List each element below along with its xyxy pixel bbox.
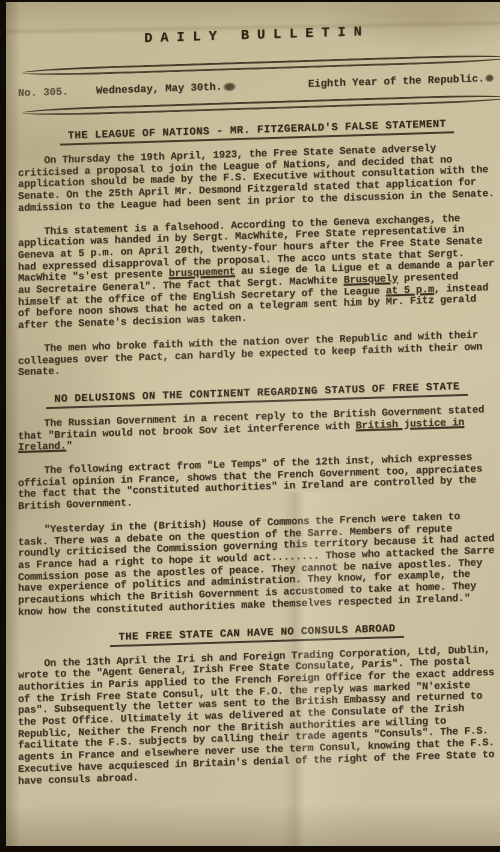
ink-smudge xyxy=(223,82,236,91)
article-no-delusions: NO DELUSIONS ON THE CONTINENT REGARDING … xyxy=(18,380,496,620)
text-run: On Thursday the 19th April, 1923, the Fr… xyxy=(18,143,494,215)
issue-year-text: Eighth Year of the Republic. xyxy=(308,73,484,91)
double-rule-top xyxy=(22,54,500,77)
issue-number: No. 305. xyxy=(18,86,96,100)
masthead-title: DAILY BULLETIN xyxy=(18,21,496,51)
paragraph: The following extract from "Le Temps" of… xyxy=(18,452,496,514)
text-run: "Yesterday in the (British) House of Com… xyxy=(18,511,494,619)
paragraph: On the 13th April the Iri sh and Foreign… xyxy=(18,644,496,788)
ink-smudge xyxy=(485,74,494,82)
article-heading: NO DELUSIONS ON THE CONTINENT REGARDING … xyxy=(46,381,467,409)
article-league-of-nations: THE LEAGUE OF NATIONS - MR. FITZGERALD'S… xyxy=(18,117,496,380)
text-run: The following extract from "Le Temps" of… xyxy=(18,452,482,513)
article-no-consuls: THE FREE STATE CAN HAVE NO CONSULS ABROA… xyxy=(18,619,496,788)
text-run: " xyxy=(66,441,72,453)
paragraph: This statement is a falsehood. According… xyxy=(18,212,496,332)
paragraph: "Yesterday in the (British) House of Com… xyxy=(18,511,496,620)
issue-date: Wednesday, May 30th. xyxy=(96,79,308,98)
article-heading: THE FREE STATE CAN HAVE NO CONSULS ABROA… xyxy=(110,622,403,646)
text-run: The men who broke faith with the nation … xyxy=(18,329,482,379)
bulletin-content: DAILY BULLETIN No. 305. Wednesday, May 3… xyxy=(18,11,496,800)
paragraph: On Thursday the 19th April, 1923, the Fr… xyxy=(18,142,496,216)
issue-year: Eighth Year of the Republic. xyxy=(308,73,496,91)
article-heading: THE LEAGUE OF NATIONS - MR. FITZGERALD'S… xyxy=(60,118,454,145)
text-run: On the 13th April the Iri sh and Foreign… xyxy=(18,644,494,788)
scanned-page: DAILY BULLETIN No. 305. Wednesday, May 3… xyxy=(6,2,500,846)
paragraph: The Russian Government in a recent reply… xyxy=(18,405,496,455)
issue-date-text: Wednesday, May 30th. xyxy=(96,82,222,98)
paragraph: The men who broke faith with the nation … xyxy=(18,330,496,380)
